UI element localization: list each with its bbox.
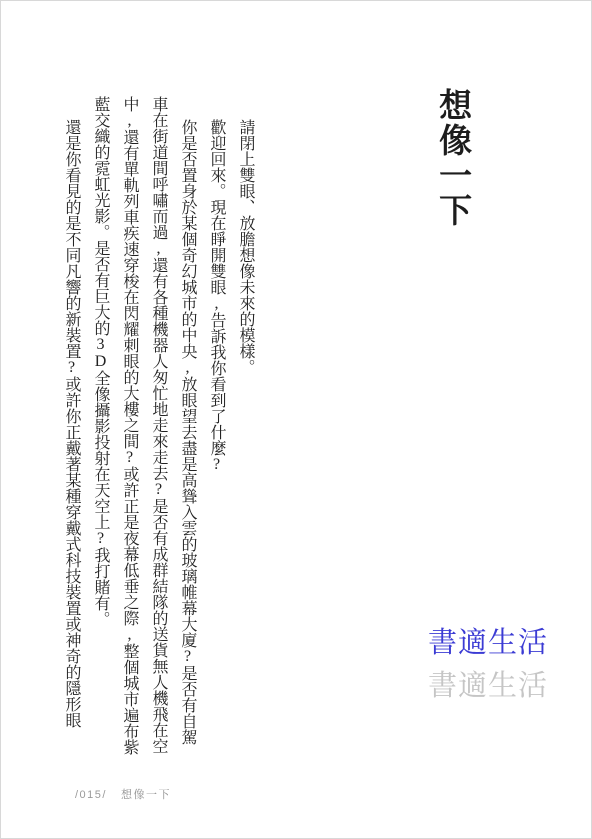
watermark-primary: 書適生活 bbox=[428, 629, 548, 658]
body-paragraph: 還是你看見的是不同凡響的新裝置?或許你正戴著某種穿戴式科技裝置或神奇的隱形眼 bbox=[57, 96, 86, 756]
footer-chapter-title: 想像一下 bbox=[121, 789, 171, 801]
chapter-title: 想像一下 bbox=[435, 88, 468, 228]
body-text: 請閉上雙眼、放膽想像未來的模樣。 歡迎回來。現在睜開雙眼,告訴我你看到了什麼? … bbox=[56, 96, 260, 756]
body-paragraph: 歡迎回來。現在睜開雙眼,告訴我你看到了什麼? bbox=[202, 96, 231, 756]
body-paragraph: 請閉上雙眼、放膽想像未來的模樣。 bbox=[231, 96, 260, 756]
body-paragraph: 你是否置身於某個奇幻城市的中央,放眼望去盡是高聳入雲的玻璃帷幕大廈?是否有自駕車… bbox=[86, 96, 202, 756]
watermark-secondary: 書適生活 bbox=[428, 672, 548, 701]
footer-page-number: /015/ bbox=[75, 789, 107, 801]
page-footer: /015/想像一下 bbox=[75, 786, 171, 802]
book-page: 想像一下 請閉上雙眼、放膽想像未來的模樣。 歡迎回來。現在睜開雙眼,告訴我你看到… bbox=[0, 0, 592, 839]
